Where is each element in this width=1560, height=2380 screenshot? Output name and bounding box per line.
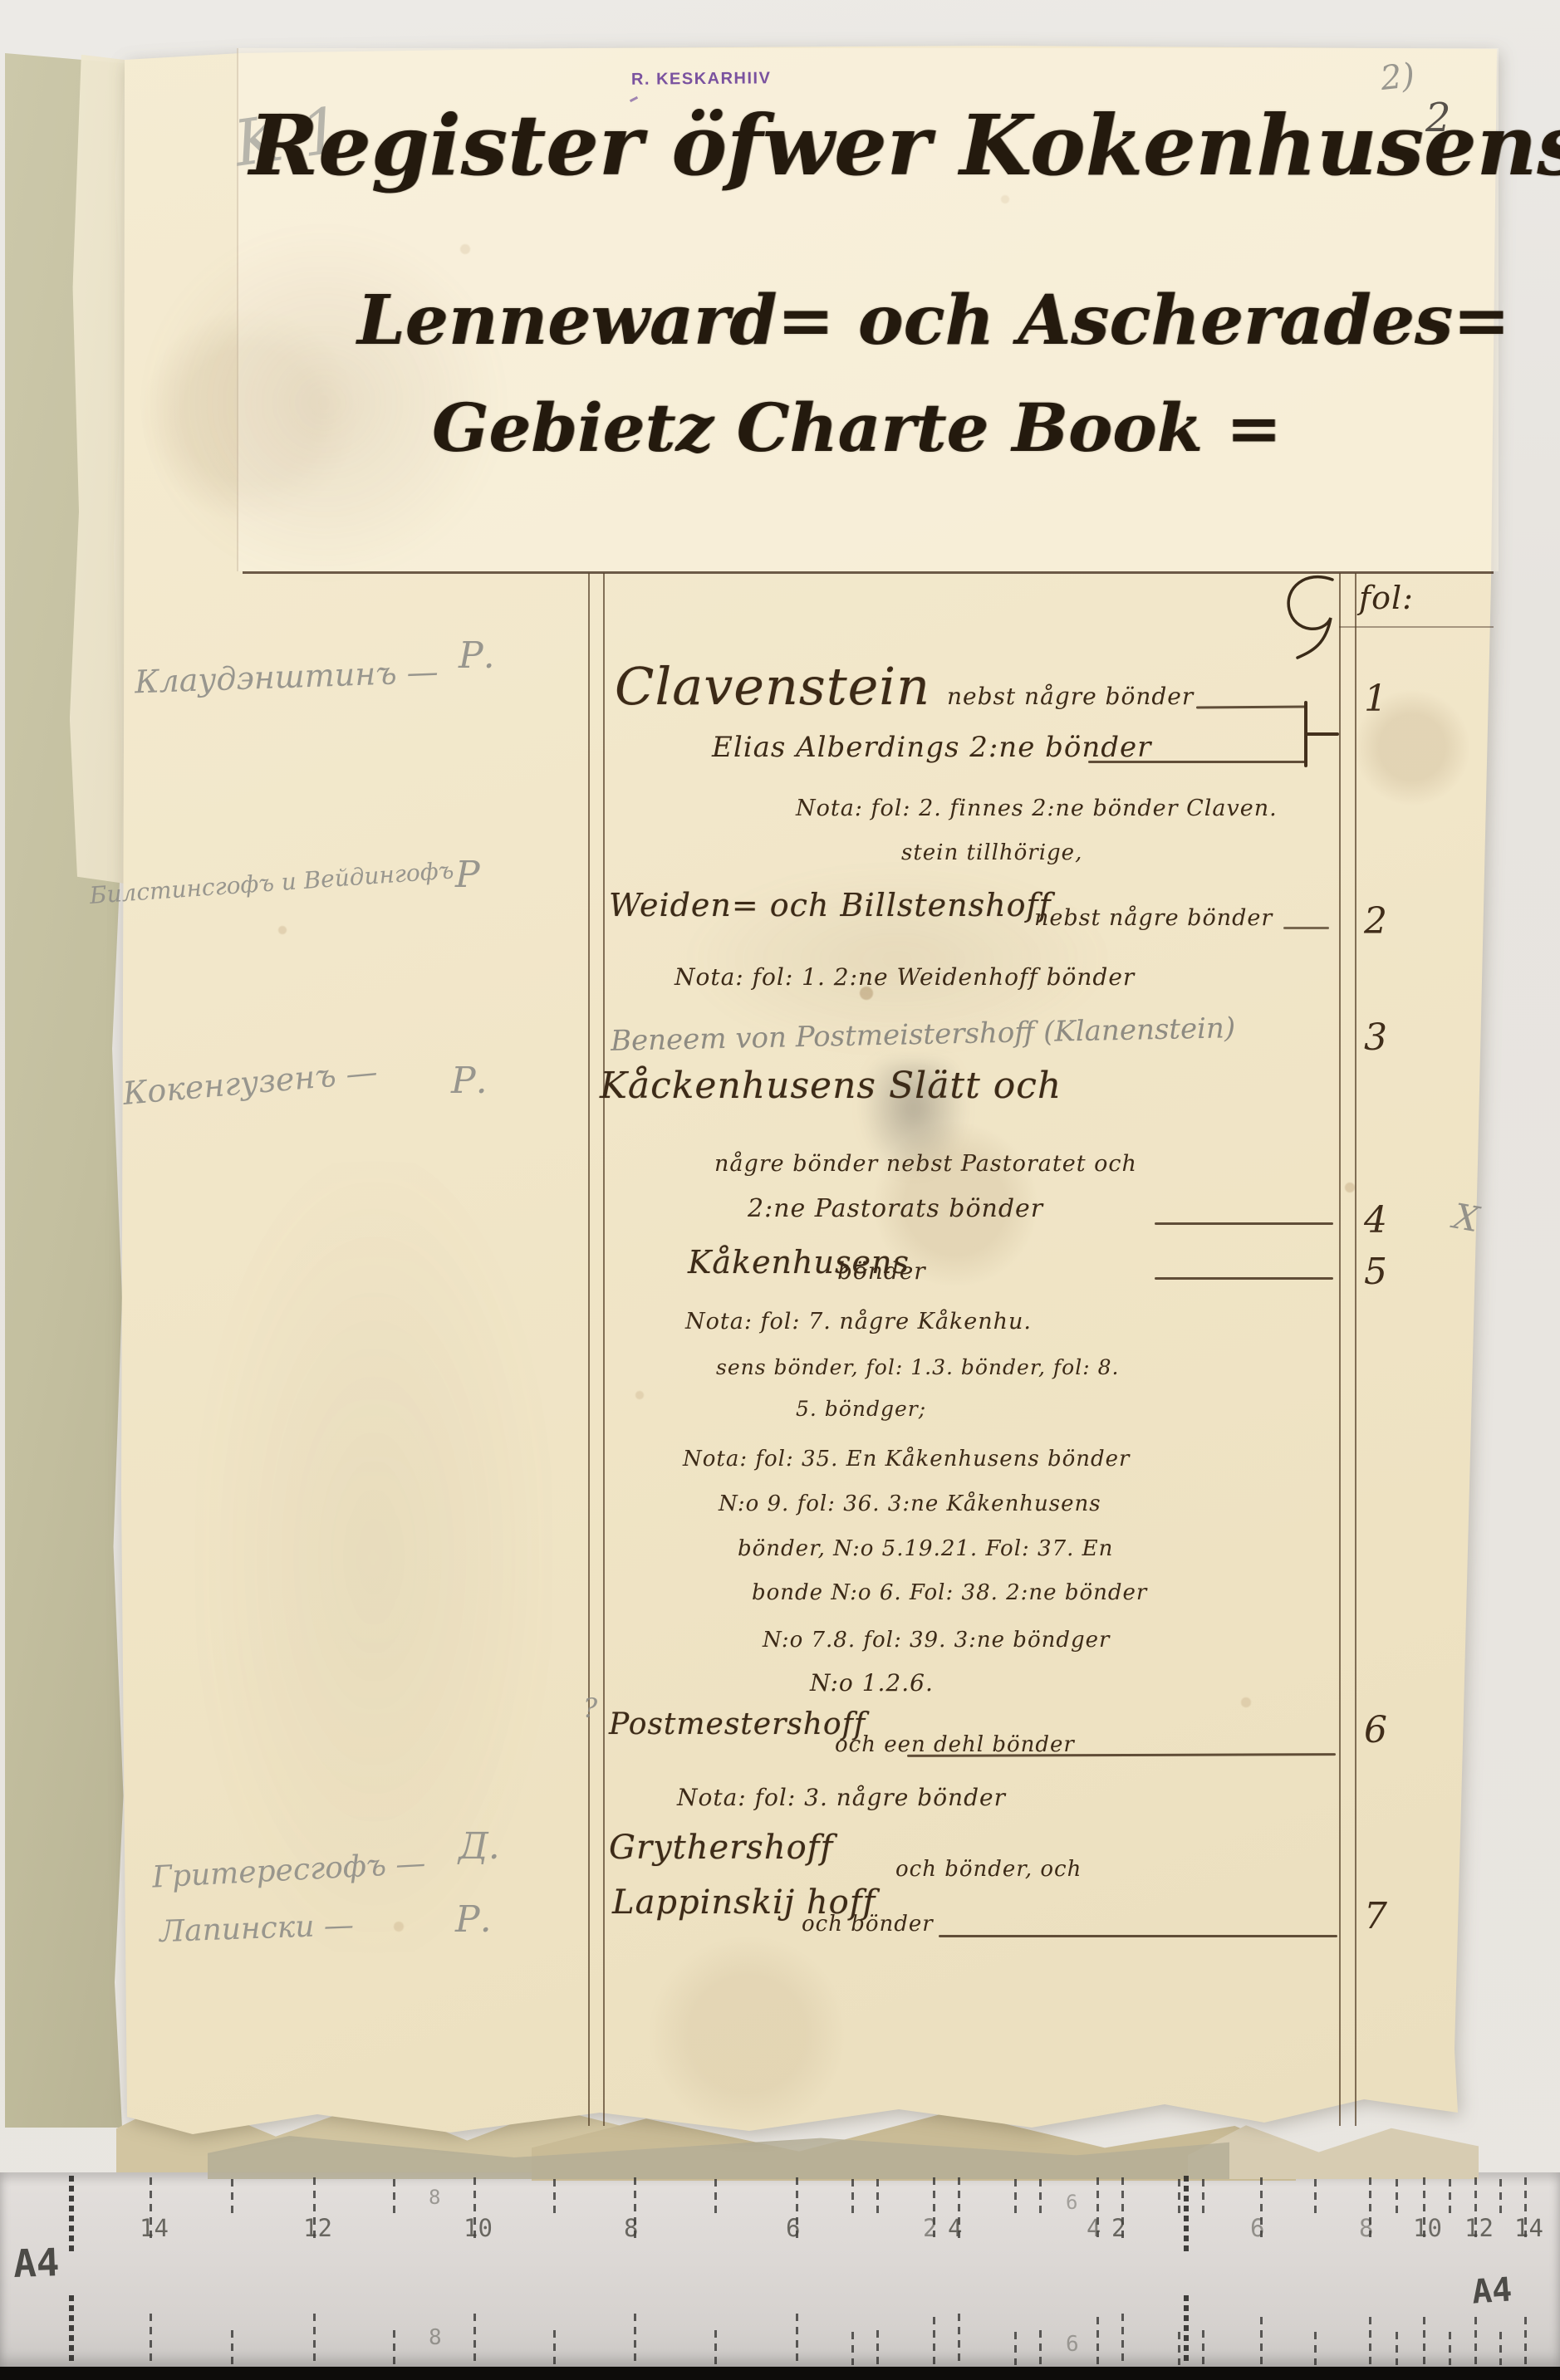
entry-name: Clavenstein [615,656,930,717]
entry-text: nebst någre bönder [1034,905,1273,931]
entry-name: Grythershoff [609,1829,833,1867]
entry-nota: 5. böndger; [796,1397,926,1421]
margin-note-letter: Д. [459,1825,500,1868]
archive-stamp: R. KESKARHIIV [631,69,772,89]
fol-number: 1 [1364,678,1387,720]
margin-question-mark: ? [583,1692,597,1724]
entry-nota: Nota: fol: 7. någre Kåkenhu. [685,1309,1032,1334]
fol-header-flourish [1278,570,1352,661]
fol-header-rule [1339,626,1494,628]
fol-number: 7 [1364,1895,1387,1937]
entry-bracket [1301,696,1344,772]
fol-header-label: fol: [1359,580,1414,616]
entry-nota: N:o 7.8. fol: 39. 3:ne böndger [763,1628,1110,1653]
title-line-1: Register öfwer Kokenhusens= [249,96,1396,194]
title-line-3: Gebietz Charte Book = [432,389,1229,467]
entry-nota: Nota: fol: 1. 2:ne Weidenhoff bönder [675,963,1135,991]
fol-number: 2 [1364,900,1387,943]
entry-text: 2:ne Pastorats bönder [748,1194,1043,1223]
pencil-page-number: 2) [1379,56,1417,98]
entry-name: Kåckenhusens Slätt och [600,1065,1062,1107]
margin-note-cyrillic: Лапински — [159,1908,354,1949]
ink-dash [1155,1222,1333,1225]
right-column-rule [1339,573,1341,2126]
right-column-rule [1355,573,1356,2126]
entry-text: någre bönder nebst Pastoratet och [714,1151,1137,1177]
ink-dash [1088,761,1306,763]
entry-nota: stein tillhörige, [901,840,1082,865]
fol-number: 3 [1364,1016,1387,1059]
fol-number: 4 [1364,1199,1387,1241]
entry-name: Weiden= och Billstenshoff [609,887,1052,923]
entry-text: Elias Alberdings 2:ne bönder [712,731,1151,764]
ink-dash [939,1935,1337,1937]
title-line-2: Lenneward= och Ascherades= [357,281,1321,360]
entry-text: bönder [837,1257,926,1285]
entry-nota: Nota: fol: 2. finnes 2:ne bönder Claven. [796,796,1278,821]
entry-name: Postmestershoff [609,1707,866,1741]
left-column-rule [603,573,605,2126]
document-scan: { "scan": { "archive_stamp": "R. KESKARH… [0,0,1560,2380]
margin-note-letter: Р [455,854,480,896]
entry-text: och bönder, och [895,1857,1082,1882]
entry-nota: N:o 1.2.6. [810,1669,934,1697]
entry-nota: N:o 9. fol: 36. 3:ne Kåkenhusens [719,1491,1101,1516]
fol-number: 6 [1364,1709,1387,1751]
margin-note-letter: Р. [459,634,495,677]
entry-nota: Nota: fol: 35. En Kåkenhusens bönder [683,1447,1130,1472]
left-column-rule [588,573,590,2126]
fol-number: 5 [1364,1251,1387,1293]
entry-text: nebst någre bönder [947,683,1194,710]
ink-dash [1155,1277,1333,1280]
entry-nota: bonde N:o 6. Fol: 38. 2:ne bönder [752,1580,1147,1605]
ink-dash [1283,927,1329,929]
margin-note-letter: Р. [451,1060,488,1102]
entry-text: och bönder [802,1912,934,1937]
entry-nota: sens bönder, fol: 1.3. bönder, fol: 8. [716,1355,1119,1379]
margin-note-letter: Р. [455,1898,492,1941]
entry-nota: bönder, N:o 5.19.21. Fol: 37. En [738,1536,1113,1561]
entry-nota: Nota: fol: 3. någre bönder [677,1784,1006,1811]
